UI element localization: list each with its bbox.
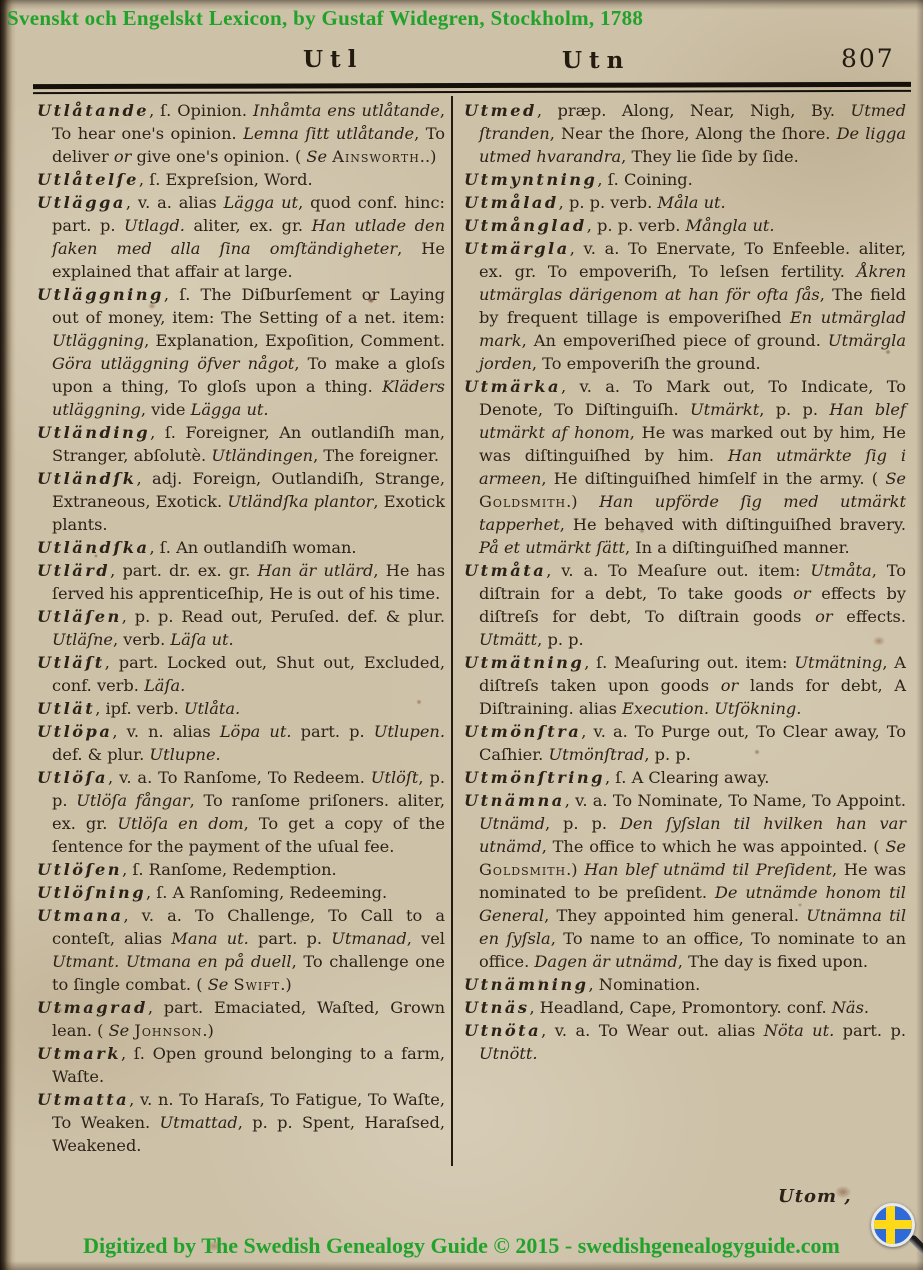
headword: Utlöſa bbox=[37, 768, 108, 787]
page-number: 807 bbox=[841, 44, 895, 73]
text-segment: Läſa. bbox=[144, 676, 185, 695]
text-segment: Utlöſa en dom bbox=[117, 814, 243, 833]
dictionary-entry: Utnöta, v. a. To Wear out. alias Nöta ut… bbox=[464, 1019, 906, 1065]
text-segment: Löpa ut. bbox=[220, 722, 292, 741]
headword: Utmark bbox=[37, 1044, 121, 1063]
watermark-top: Svenskt och Engelskt Lexicon, by Gustaf … bbox=[7, 6, 643, 31]
dictionary-entry: Utmånglad, p. p. verb. Mångla ut. bbox=[464, 214, 906, 237]
dictionary-entry: Utmätning, ſ. Meaſuring out. item: Utmät… bbox=[464, 651, 906, 720]
header-guide-left: Utl bbox=[303, 46, 363, 73]
headword: Utnämna bbox=[464, 791, 565, 810]
text-segment: or bbox=[114, 147, 131, 166]
column-divider bbox=[451, 96, 453, 1166]
text-segment: Dagen är utnämd bbox=[534, 952, 677, 971]
dictionary-entry: Utmärka, v. a. To Mark out, To Indicate,… bbox=[464, 375, 906, 559]
headword: Utmåta bbox=[464, 561, 546, 580]
swedish-flag-magnifier-icon bbox=[871, 1203, 923, 1267]
watermark-bottom: Digitized by The Swedish Genealogy Guide… bbox=[83, 1233, 840, 1259]
text-segment: .) bbox=[202, 1021, 213, 1040]
headword: Utlägga bbox=[37, 193, 126, 212]
text-segment: Utnött. bbox=[479, 1044, 537, 1063]
text-segment: , p. p. verb. bbox=[559, 193, 658, 212]
text-segment: part. p. bbox=[249, 929, 331, 948]
text-segment: Utmanad bbox=[331, 929, 407, 948]
text-segment: , p. p. bbox=[759, 400, 829, 419]
text-segment: Utlagd. bbox=[124, 216, 185, 235]
headword: Utmånglad bbox=[464, 216, 587, 235]
text-segment: part. p. bbox=[292, 722, 374, 741]
text-segment: effects. bbox=[833, 607, 906, 626]
text-segment: Utmätt bbox=[479, 630, 537, 649]
dictionary-entry: Utläſt, part. Locked out, Shut out, Excl… bbox=[37, 651, 445, 697]
text-segment: , v. a. To Ranſome, To Redeem. bbox=[108, 768, 371, 787]
headword: Utländſk bbox=[37, 469, 137, 488]
author-reference: Goldsmith bbox=[479, 492, 566, 511]
text-segment: , He diſtinguiſhed himſelf in the army. … bbox=[541, 469, 885, 488]
text-segment: , part. dr. ex. gr. bbox=[110, 561, 257, 580]
text-segment: Lägga ut bbox=[224, 193, 299, 212]
text-segment: part. p. bbox=[834, 1021, 906, 1040]
text-segment: , ſ. Expreſsion, Word. bbox=[139, 170, 313, 189]
text-segment: Mångla ut. bbox=[685, 216, 774, 235]
headword: Utmätning bbox=[464, 653, 584, 672]
text-segment: Utlåta. bbox=[184, 699, 240, 718]
text-segment: Han blef utnämd til Preſident bbox=[584, 860, 832, 879]
text-segment: aliter, ex. gr. bbox=[185, 216, 312, 235]
text-segment: , To empoveriſh the ground. bbox=[532, 354, 761, 373]
text-segment: .) bbox=[566, 492, 599, 511]
headword: Utnämning bbox=[464, 975, 589, 994]
text-segment bbox=[119, 952, 126, 971]
text-segment: , p. p. bbox=[537, 630, 583, 649]
text-segment: Han är utlärd bbox=[257, 561, 373, 580]
dictionary-entry: Utmönſtra, v. a. To Purge out, To Clear … bbox=[464, 720, 906, 766]
dictionary-entry: Utländſka, ſ. An outlandiſh woman. bbox=[37, 536, 445, 559]
scanned-dictionary-page: { "watermarks": { "top": "Svenskt och En… bbox=[0, 0, 923, 1270]
text-segment: Utläſne bbox=[52, 630, 113, 649]
dictionary-entry: Utmana, v. a. To Challenge, To Call to a… bbox=[37, 904, 445, 996]
headword: Utmed bbox=[464, 101, 537, 120]
text-segment: , ſ. Opinion. bbox=[149, 101, 253, 120]
author-reference: Swift bbox=[234, 975, 281, 994]
text-segment: Utländſka plantor bbox=[227, 492, 373, 511]
text-segment: , An empoveriſhed piece of ground. bbox=[522, 331, 828, 350]
text-segment: Utmana en på duell bbox=[126, 952, 292, 971]
headword: Utmana bbox=[37, 906, 123, 925]
text-segment: Mana ut. bbox=[171, 929, 249, 948]
text-segment: def. & plur. bbox=[52, 745, 149, 764]
text-segment: , ſ. A Ranſoming, Redeeming. bbox=[146, 883, 387, 902]
text-segment: , p. p. bbox=[545, 814, 620, 833]
text-segment: , ſ. Ranſome, Redemption. bbox=[122, 860, 337, 879]
text-segment: Se bbox=[885, 469, 906, 488]
text-segment: Utlöſa fångar bbox=[76, 791, 189, 810]
text-segment: Se bbox=[885, 837, 906, 856]
headword: Utmatta bbox=[37, 1090, 129, 1109]
text-segment: or bbox=[815, 607, 832, 626]
text-segment: Utnämd bbox=[479, 814, 545, 833]
text-segment: , They lie ſide by ſide. bbox=[621, 147, 799, 166]
text-segment: , v. a. To Wear out. alias bbox=[541, 1021, 764, 1040]
text-segment: Lemna ſitt utlåtande bbox=[243, 124, 414, 143]
dictionary-entry: Utmatta, v. n. To Haraſs, To Fatigue, To… bbox=[37, 1088, 445, 1157]
dictionary-entry: Utmed, præp. Along, Near, Nigh, By. Utme… bbox=[464, 99, 906, 168]
headword: Utlöpa bbox=[37, 722, 112, 741]
text-segment: Utſökning. bbox=[714, 699, 801, 718]
dictionary-entry: Utmåta, v. a. To Meaſure out. item: Utmå… bbox=[464, 559, 906, 651]
text-segment: , Explanation, Expoſition, Comment. bbox=[144, 331, 445, 350]
text-segment: Utläggning bbox=[52, 331, 144, 350]
headword: Utlåtelſe bbox=[37, 170, 139, 189]
headword: Utnäs bbox=[464, 998, 529, 1017]
text-segment: , part. Locked out, Shut out, Excluded, … bbox=[52, 653, 445, 695]
headword: Utlät bbox=[37, 699, 95, 718]
text-segment: Utmärkt bbox=[690, 400, 759, 419]
dictionary-entry: Utlöpa, v. n. alias Löpa ut. part. p. Ut… bbox=[37, 720, 445, 766]
dictionary-entry: Utlägga, v. a. alias Lägga ut, quod conf… bbox=[37, 191, 445, 283]
headword: Utlöſen bbox=[37, 860, 122, 879]
dictionary-entry: Utnämna, v. a. To Nominate, To Name, To … bbox=[464, 789, 906, 973]
text-segment: Se bbox=[306, 147, 332, 166]
text-segment: , In a diſtinguiſhed manner. bbox=[625, 538, 850, 557]
headword: Utnöta bbox=[464, 1021, 541, 1040]
text-segment: , ſ. Coining. bbox=[597, 170, 692, 189]
text-segment: , ipf. verb. bbox=[95, 699, 184, 718]
text-segment: or bbox=[793, 584, 810, 603]
text-segment: , Nomination. bbox=[589, 975, 701, 994]
text-segment: Se bbox=[109, 1021, 135, 1040]
text-segment: Se bbox=[208, 975, 234, 994]
text-segment: , p. p. bbox=[644, 745, 690, 764]
text-segment: Inhåmta ens utlåtande bbox=[253, 101, 440, 120]
headword: Utlärd bbox=[37, 561, 110, 580]
headword: Utmärgla bbox=[464, 239, 570, 258]
text-segment: Nöta ut. bbox=[764, 1021, 835, 1040]
left-column: Utlåtande, ſ. Opinion. Inhåmta ens utlåt… bbox=[37, 99, 445, 1157]
text-segment: , p. p. Read out, Peruſed. def. & plur. bbox=[122, 607, 445, 626]
catchword: Utom , bbox=[778, 1186, 852, 1207]
headword: Utmönſtra bbox=[464, 722, 581, 741]
text-segment: Lägga ut. bbox=[191, 400, 269, 419]
text-segment: , They appointed him general. bbox=[544, 906, 806, 925]
dictionary-entry: Utmyntning, ſ. Coining. bbox=[464, 168, 906, 191]
text-segment: Utmattad bbox=[160, 1113, 238, 1132]
text-segment: Näs. bbox=[832, 998, 869, 1017]
text-segment: Utmätning bbox=[794, 653, 882, 672]
text-segment: give one's opinion. ( bbox=[131, 147, 306, 166]
header-guide-right: Utn bbox=[562, 47, 630, 74]
headword: Utländing bbox=[37, 423, 150, 442]
text-segment: , p. p. verb. bbox=[587, 216, 686, 235]
text-segment: Utmåta bbox=[810, 561, 871, 580]
text-segment: .) bbox=[280, 975, 291, 994]
text-segment: På et utmärkt ſätt bbox=[479, 538, 625, 557]
text-segment: Utländingen bbox=[211, 446, 313, 465]
author-reference: Ainsworth bbox=[332, 147, 420, 166]
headword: Utmärka bbox=[464, 377, 561, 396]
text-segment: , ſ. An outlandiſh woman. bbox=[150, 538, 357, 557]
text-segment: Måla ut. bbox=[657, 193, 725, 212]
dictionary-entry: Utnäs, Headland, Cape, Promontory. conf.… bbox=[464, 996, 906, 1019]
right-column: Utmed, præp. Along, Near, Nigh, By. Utme… bbox=[464, 99, 906, 1065]
dictionary-entry: Utländſk, adj. Foreign, Outlandiſh, Stra… bbox=[37, 467, 445, 536]
dictionary-entry: Utnämning, Nomination. bbox=[464, 973, 906, 996]
headword: Utmålad bbox=[464, 193, 559, 212]
headword: Utländſka bbox=[37, 538, 150, 557]
text-segment: Utlöſt bbox=[371, 768, 419, 787]
dictionary-entry: Utlöſning, ſ. A Ranſoming, Redeeming. bbox=[37, 881, 445, 904]
dictionary-entry: Utmönſtring, ſ. A Clearing away. bbox=[464, 766, 906, 789]
dictionary-entry: Utmärgla, v. a. To Enervate, To Enfeeble… bbox=[464, 237, 906, 375]
text-segment: , v. a. alias bbox=[126, 193, 224, 212]
headword: Utläſen bbox=[37, 607, 122, 626]
headword: Utläſt bbox=[37, 653, 105, 672]
text-segment: , verb. bbox=[113, 630, 170, 649]
dictionary-entry: Utländing, ſ. Foreigner, An outlandiſh m… bbox=[37, 421, 445, 467]
text-segment: , ſ. A Clearing away. bbox=[605, 768, 769, 787]
double-rule-top bbox=[33, 82, 911, 89]
text-segment: , The day is fixed upon. bbox=[678, 952, 868, 971]
text-segment: , præp. Along, Near, Nigh, By. bbox=[537, 101, 851, 120]
text-segment: , v. a. To Meaſure out. item: bbox=[546, 561, 810, 580]
text-segment: , The foreigner. bbox=[313, 446, 439, 465]
text-segment: Utlupen. bbox=[374, 722, 445, 741]
dictionary-entry: Utläſen, p. p. Read out, Peruſed. def. &… bbox=[37, 605, 445, 651]
text-segment: Göra utläggning öfver något bbox=[52, 354, 294, 373]
dictionary-entry: Utmagrad, part. Emaciated, Waſted, Grown… bbox=[37, 996, 445, 1042]
text-segment: ..) bbox=[420, 147, 437, 166]
text-segment: , v. a. To Nominate, To Name, To Appoint… bbox=[565, 791, 906, 810]
text-segment: Execution. bbox=[622, 699, 709, 718]
text-segment: or bbox=[721, 676, 738, 695]
text-segment: , Near the ſhore, Along the ſhore. bbox=[550, 124, 837, 143]
headword: Utlåtande bbox=[37, 101, 149, 120]
text-segment: Läſa ut. bbox=[170, 630, 233, 649]
text-segment: , vel bbox=[407, 929, 445, 948]
dictionary-entry: Utlåtande, ſ. Opinion. Inhåmta ens utlåt… bbox=[37, 99, 445, 168]
text-segment: , He behaved with diſtinguiſhed bravery. bbox=[560, 515, 906, 534]
dictionary-entry: Utlärd, part. dr. ex. gr. Han är utlärd,… bbox=[37, 559, 445, 605]
author-reference: Johnson bbox=[134, 1021, 202, 1040]
author-reference: Goldsmith bbox=[479, 860, 566, 879]
headword: Utmyntning bbox=[464, 170, 597, 189]
dictionary-entry: Utlöſa, v. a. To Ranſome, To Redeem. Utl… bbox=[37, 766, 445, 858]
double-rule-bottom bbox=[33, 90, 911, 94]
text-segment: Utlupne. bbox=[149, 745, 220, 764]
headword: Utlöſning bbox=[37, 883, 146, 902]
dictionary-entry: Utmark, ſ. Open ground belonging to a fa… bbox=[37, 1042, 445, 1088]
dictionary-entry: Utlät, ipf. verb. Utlåta. bbox=[37, 697, 445, 720]
flag-cross-horizontal bbox=[874, 1220, 912, 1229]
dictionary-entry: Utlåtelſe, ſ. Expreſsion, Word. bbox=[37, 168, 445, 191]
magnifier-lens-swedish-flag bbox=[871, 1203, 915, 1247]
text-segment: Utmant. bbox=[52, 952, 119, 971]
text-segment: .) bbox=[566, 860, 584, 879]
dictionary-entry: Utlöſen, ſ. Ranſome, Redemption. bbox=[37, 858, 445, 881]
dictionary-entry: Utmålad, p. p. verb. Måla ut. bbox=[464, 191, 906, 214]
headword: Utläggning bbox=[37, 285, 164, 304]
text-segment: , The office to which he was appointed. … bbox=[542, 837, 886, 856]
text-segment: , ſ. Meaſuring out. item: bbox=[584, 653, 794, 672]
dictionary-entry: Utläggning, ſ. The Diſburſement or Layin… bbox=[37, 283, 445, 421]
text-segment: , Headland, Cape, Promontory. conf. bbox=[529, 998, 831, 1017]
headword: Utmagrad bbox=[37, 998, 148, 1017]
text-segment: Utmönſtrad bbox=[548, 745, 644, 764]
text-segment: , v. n. alias bbox=[112, 722, 219, 741]
text-segment: , vide bbox=[141, 400, 191, 419]
headword: Utmönſtring bbox=[464, 768, 605, 787]
